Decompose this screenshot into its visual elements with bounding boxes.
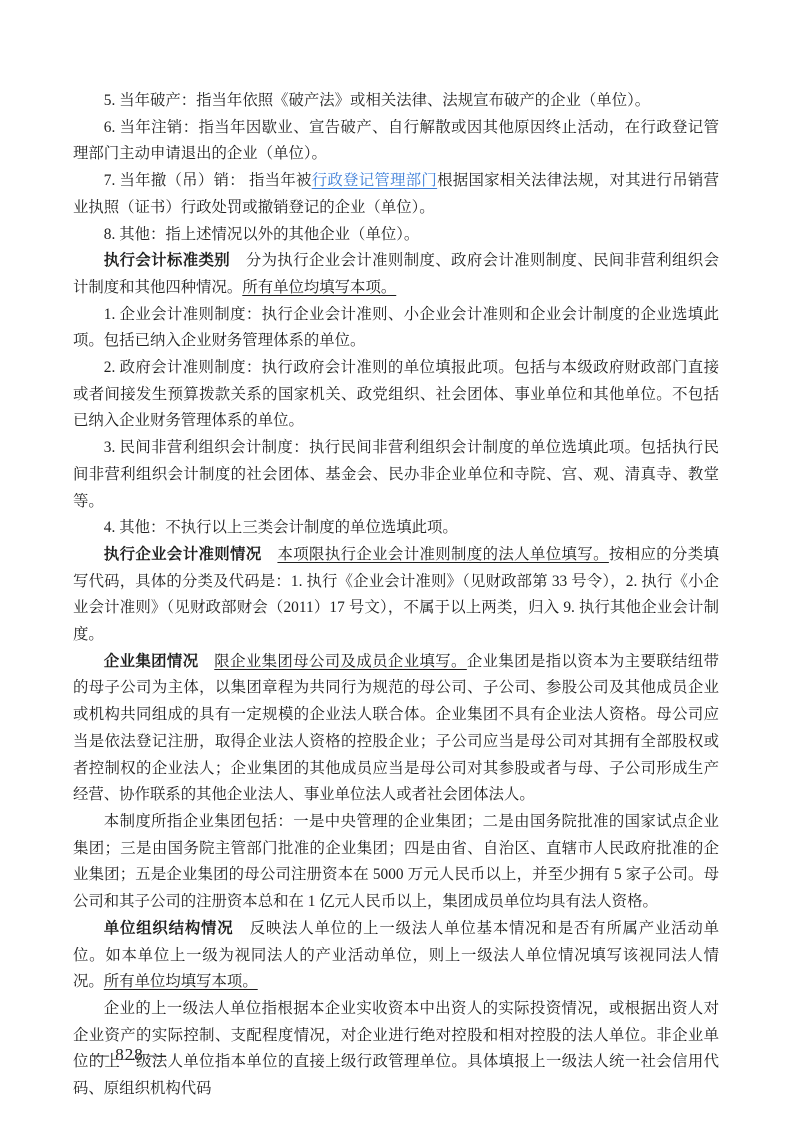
- paragraph: 7. 当年撤（吊）销： 指当年被行政登记管理部门根据国家相关法律法规，对其进行吊…: [73, 168, 719, 221]
- text-run: 1. 企业会计准则制度：执行企业会计准则、小企业会计准则和企业会计制度的企业选填…: [73, 306, 719, 350]
- document-body: 5. 当年破产：指当年依照《破产法》或相关法律、法规宣布破产的企业（单位）。6.…: [73, 88, 719, 1103]
- text-run: 7. 当年撤（吊）销： 指当年被: [104, 172, 312, 189]
- text-run: 8. 其他：指上述情况以外的其他企业（单位）。: [104, 226, 420, 243]
- term-heading: 单位组织结构情况: [104, 920, 234, 937]
- text-run: 5. 当年破产：指当年依照《破产法》或相关法律、法规宣布破产的企业（单位）。: [104, 92, 650, 109]
- term-heading: 执行会计标准类别: [104, 252, 230, 269]
- paragraph: 本制度所指企业集团包括：一是中央管理的企业集团；二是由国务院批准的国家试点企业集…: [73, 809, 719, 916]
- text-run: 4. 其他：不执行以上三类会计制度的单位选填此项。: [104, 519, 458, 536]
- text-run: 6. 当年注销：指当年因歇业、宣告破产、自行解散或因其他原因终止活动，在行政登记…: [73, 119, 719, 163]
- paragraph: 6. 当年注销：指当年因歇业、宣告破产、自行解散或因其他原因终止活动，在行政登记…: [73, 115, 719, 168]
- paragraph: 2. 政府会计准则制度：执行政府会计准则的单位填报此项。包括与本级政府财政部门直…: [73, 355, 719, 435]
- text-run: 3. 民间非营利组织会计制度：执行民间非营利组织会计制度的单位选填此项。包括执行…: [73, 439, 719, 509]
- text-run: 2. 政府会计准则制度：执行政府会计准则的单位填报此项。包括与本级政府财政部门直…: [73, 359, 719, 429]
- text-run: [199, 653, 215, 670]
- underlined-note: 所有单位均填写本项。: [104, 973, 258, 990]
- term-heading: 执行企业会计准则情况: [104, 546, 262, 563]
- paragraph: 企业的上一级法人单位指根据本企业实收资本中出资人的实际投资情况，或根据出资人对企…: [73, 996, 719, 1103]
- paragraph: 1. 企业会计准则制度：执行企业会计准则、小企业会计准则和企业会计制度的企业选填…: [73, 302, 719, 355]
- underlined-note: 限企业集团母公司及成员企业填写。: [214, 653, 467, 670]
- text-run: [262, 546, 278, 563]
- paragraph: 3. 民间非营利组织会计制度：执行民间非营利组织会计制度的单位选填此项。包括执行…: [73, 435, 719, 515]
- paragraph: 执行会计标准类别 分为执行企业会计准则制度、政府会计准则制度、民间非营利组织会计…: [73, 248, 719, 301]
- paragraph: 8. 其他：指上述情况以外的其他企业（单位）。: [73, 222, 719, 249]
- text-run: 企业的上一级法人单位指根据本企业实收资本中出资人的实际投资情况，或根据出资人对企…: [73, 1000, 719, 1097]
- underlined-note: 所有单位均填写本项。: [242, 279, 396, 296]
- hyperlink-xingzheng-dengji-guanli-bumen[interactable]: 行政登记管理部门: [312, 172, 437, 189]
- text-run: 企业集团是指以资本为主要联结纽带的母子公司为主体，以集团章程为共同行为规范的母公…: [73, 653, 719, 804]
- paragraph: 执行企业会计准则情况 本项限执行企业会计准则制度的法人单位填写。按相应的分类填写…: [73, 542, 719, 649]
- paragraph: 企业集团情况 限企业集团母公司及成员企业填写。企业集团是指以资本为主要联结纽带的…: [73, 649, 719, 809]
- paragraph: 5. 当年破产：指当年依照《破产法》或相关法律、法规宣布破产的企业（单位）。: [73, 88, 719, 115]
- paragraph: 4. 其他：不执行以上三类会计制度的单位选填此项。: [73, 515, 719, 542]
- term-heading: 企业集团情况: [104, 653, 199, 670]
- page-number: — 828 —: [92, 1045, 167, 1065]
- paragraph: 单位组织结构情况 反映法人单位的上一级法人单位基本情况和是否有所属产业活动单位。…: [73, 916, 719, 996]
- underlined-note: 本项限执行企业会计准则制度的法人单位填写。: [277, 546, 608, 563]
- text-run: 本制度所指企业集团包括：一是中央管理的企业集团；二是由国务院批准的国家试点企业集…: [73, 813, 719, 910]
